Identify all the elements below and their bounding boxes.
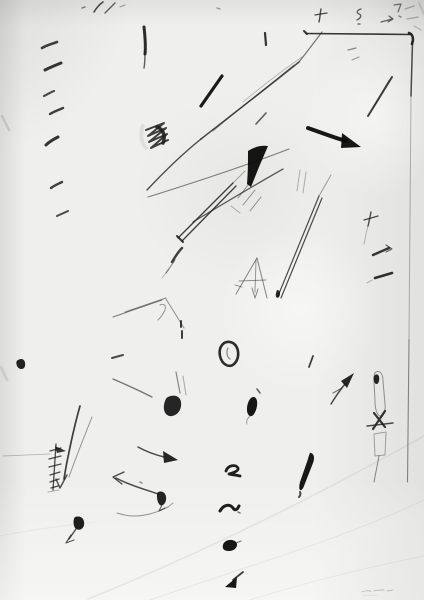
pencil-stroke bbox=[299, 492, 300, 497]
pencil-stroke bbox=[150, 500, 424, 600]
pencil-stroke bbox=[138, 447, 164, 457]
pencil-stroke bbox=[16, 359, 25, 369]
pencil-stroke bbox=[69, 417, 92, 477]
pencil-stroke bbox=[247, 397, 257, 416]
pencil-stroke bbox=[362, 590, 393, 592]
pencil-stroke bbox=[227, 348, 230, 359]
pencil-stroke bbox=[367, 280, 372, 283]
pencil-stroke bbox=[247, 416, 250, 424]
pencil-stroke bbox=[363, 595, 377, 596]
pencil-stroke bbox=[172, 248, 182, 262]
pencil-stroke bbox=[257, 389, 260, 393]
pencil-stroke bbox=[46, 137, 58, 145]
pencil-stroke bbox=[164, 396, 181, 416]
pencil-stroke bbox=[217, 8, 220, 9]
pencil-stroke bbox=[220, 505, 239, 511]
pencil-stroke bbox=[45, 63, 61, 70]
pencil-stroke bbox=[255, 260, 256, 292]
pencil-stroke bbox=[233, 572, 243, 580]
pencil-stroke bbox=[66, 535, 74, 543]
pencil-stroke bbox=[352, 57, 359, 60]
pencil-stroke bbox=[373, 411, 385, 429]
pencil-stroke bbox=[140, 482, 142, 483]
pencil-stroke bbox=[238, 512, 240, 513]
pencil-stroke bbox=[299, 32, 322, 62]
pencil-stroke bbox=[183, 376, 186, 395]
pencil-stroke bbox=[394, 4, 401, 12]
pencil-stroke bbox=[178, 183, 233, 238]
pencil-stroke bbox=[243, 57, 302, 102]
pencil-stroke bbox=[364, 226, 368, 244]
pencil-stroke bbox=[157, 491, 166, 505]
pencil-stroke bbox=[239, 280, 266, 281]
pencil-stroke bbox=[105, 3, 115, 13]
pencil-stroke bbox=[373, 80, 389, 108]
pencil-stroke bbox=[306, 34, 411, 35]
pencil-stroke bbox=[265, 33, 266, 45]
pencil-stroke bbox=[120, 5, 125, 7]
pencil-stroke bbox=[193, 169, 283, 222]
pencil-stroke bbox=[297, 170, 306, 193]
pencil-stroke bbox=[308, 128, 346, 141]
pencil-stroke bbox=[113, 472, 124, 484]
pencil-stroke bbox=[112, 355, 123, 358]
pencil-stroke bbox=[399, 16, 401, 17]
pencil-stroke bbox=[375, 273, 392, 278]
pencil-stroke bbox=[257, 258, 267, 298]
pencil-stroke bbox=[281, 198, 322, 298]
pencil-stroke bbox=[236, 258, 257, 294]
pencil-stroke bbox=[168, 503, 173, 507]
pencil-stroke bbox=[55, 446, 66, 453]
pencil-stroke bbox=[213, 65, 294, 131]
pencil-stroke bbox=[176, 372, 180, 393]
pencil-stroke bbox=[357, 9, 361, 20]
pencil-stroke bbox=[231, 206, 240, 213]
pencil-stroke bbox=[414, 26, 421, 30]
pencil-stroke bbox=[162, 269, 169, 278]
pencil-stroke bbox=[341, 133, 361, 148]
pencil-stroke bbox=[236, 541, 241, 543]
pencil-stroke bbox=[51, 182, 62, 188]
pencil-stroke bbox=[374, 432, 386, 456]
pencil-stroke bbox=[148, 149, 289, 197]
pencil-stroke bbox=[319, 9, 321, 22]
pencil-stroke bbox=[116, 478, 158, 494]
pencil-stroke bbox=[409, 96, 411, 340]
pencil-stroke bbox=[247, 146, 268, 187]
pencil-stroke bbox=[374, 456, 379, 482]
pencil-stroke bbox=[57, 211, 68, 216]
pencil-stroke bbox=[407, 17, 418, 19]
pencil-stroke bbox=[226, 466, 240, 476]
pencil-stroke bbox=[1, 367, 7, 380]
pencil-stroke bbox=[113, 300, 162, 317]
pencil-stroke bbox=[233, 171, 245, 183]
pencil-stroke bbox=[309, 356, 313, 367]
pencil-stroke bbox=[331, 384, 345, 404]
pencil-stroke bbox=[405, 6, 414, 9]
pencil-stroke bbox=[201, 76, 222, 106]
pencil-stroke bbox=[42, 42, 57, 48]
pencil-stroke bbox=[88, 436, 424, 599]
stroke-layer bbox=[0, 0, 424, 600]
pencil-stroke bbox=[381, 16, 393, 22]
pencil-stroke bbox=[182, 186, 236, 241]
pencil-stroke bbox=[220, 342, 239, 366]
pencil-stroke bbox=[408, 340, 410, 482]
pencil-stroke bbox=[256, 113, 266, 124]
artwork-canvas bbox=[0, 0, 424, 600]
pencil-stroke bbox=[223, 540, 237, 551]
pencil-stroke bbox=[163, 451, 178, 463]
pencil-stroke bbox=[419, 3, 424, 14]
pencil-stroke bbox=[82, 7, 85, 8]
pencil-stroke bbox=[94, 2, 103, 12]
pencil-stroke bbox=[364, 216, 378, 220]
pencil-stroke bbox=[181, 321, 182, 338]
pencil-stroke bbox=[113, 379, 152, 397]
pencil-stroke bbox=[53, 444, 56, 490]
pencil-stroke bbox=[278, 196, 319, 296]
pencil-stroke bbox=[3, 454, 50, 456]
pencil-stroke bbox=[44, 91, 54, 96]
pencil-stroke bbox=[299, 453, 314, 490]
pencil-stroke bbox=[250, 556, 424, 600]
pencil-stroke bbox=[2, 116, 9, 130]
pencil-stroke bbox=[319, 175, 331, 196]
pencil-stroke bbox=[225, 577, 237, 588]
pencil-stroke bbox=[367, 423, 393, 426]
pencil-stroke bbox=[50, 108, 63, 114]
pencil-stroke bbox=[144, 27, 145, 54]
pencil-stroke bbox=[411, 42, 413, 96]
pencil-stroke bbox=[158, 304, 165, 320]
pencil-stroke bbox=[348, 48, 356, 50]
